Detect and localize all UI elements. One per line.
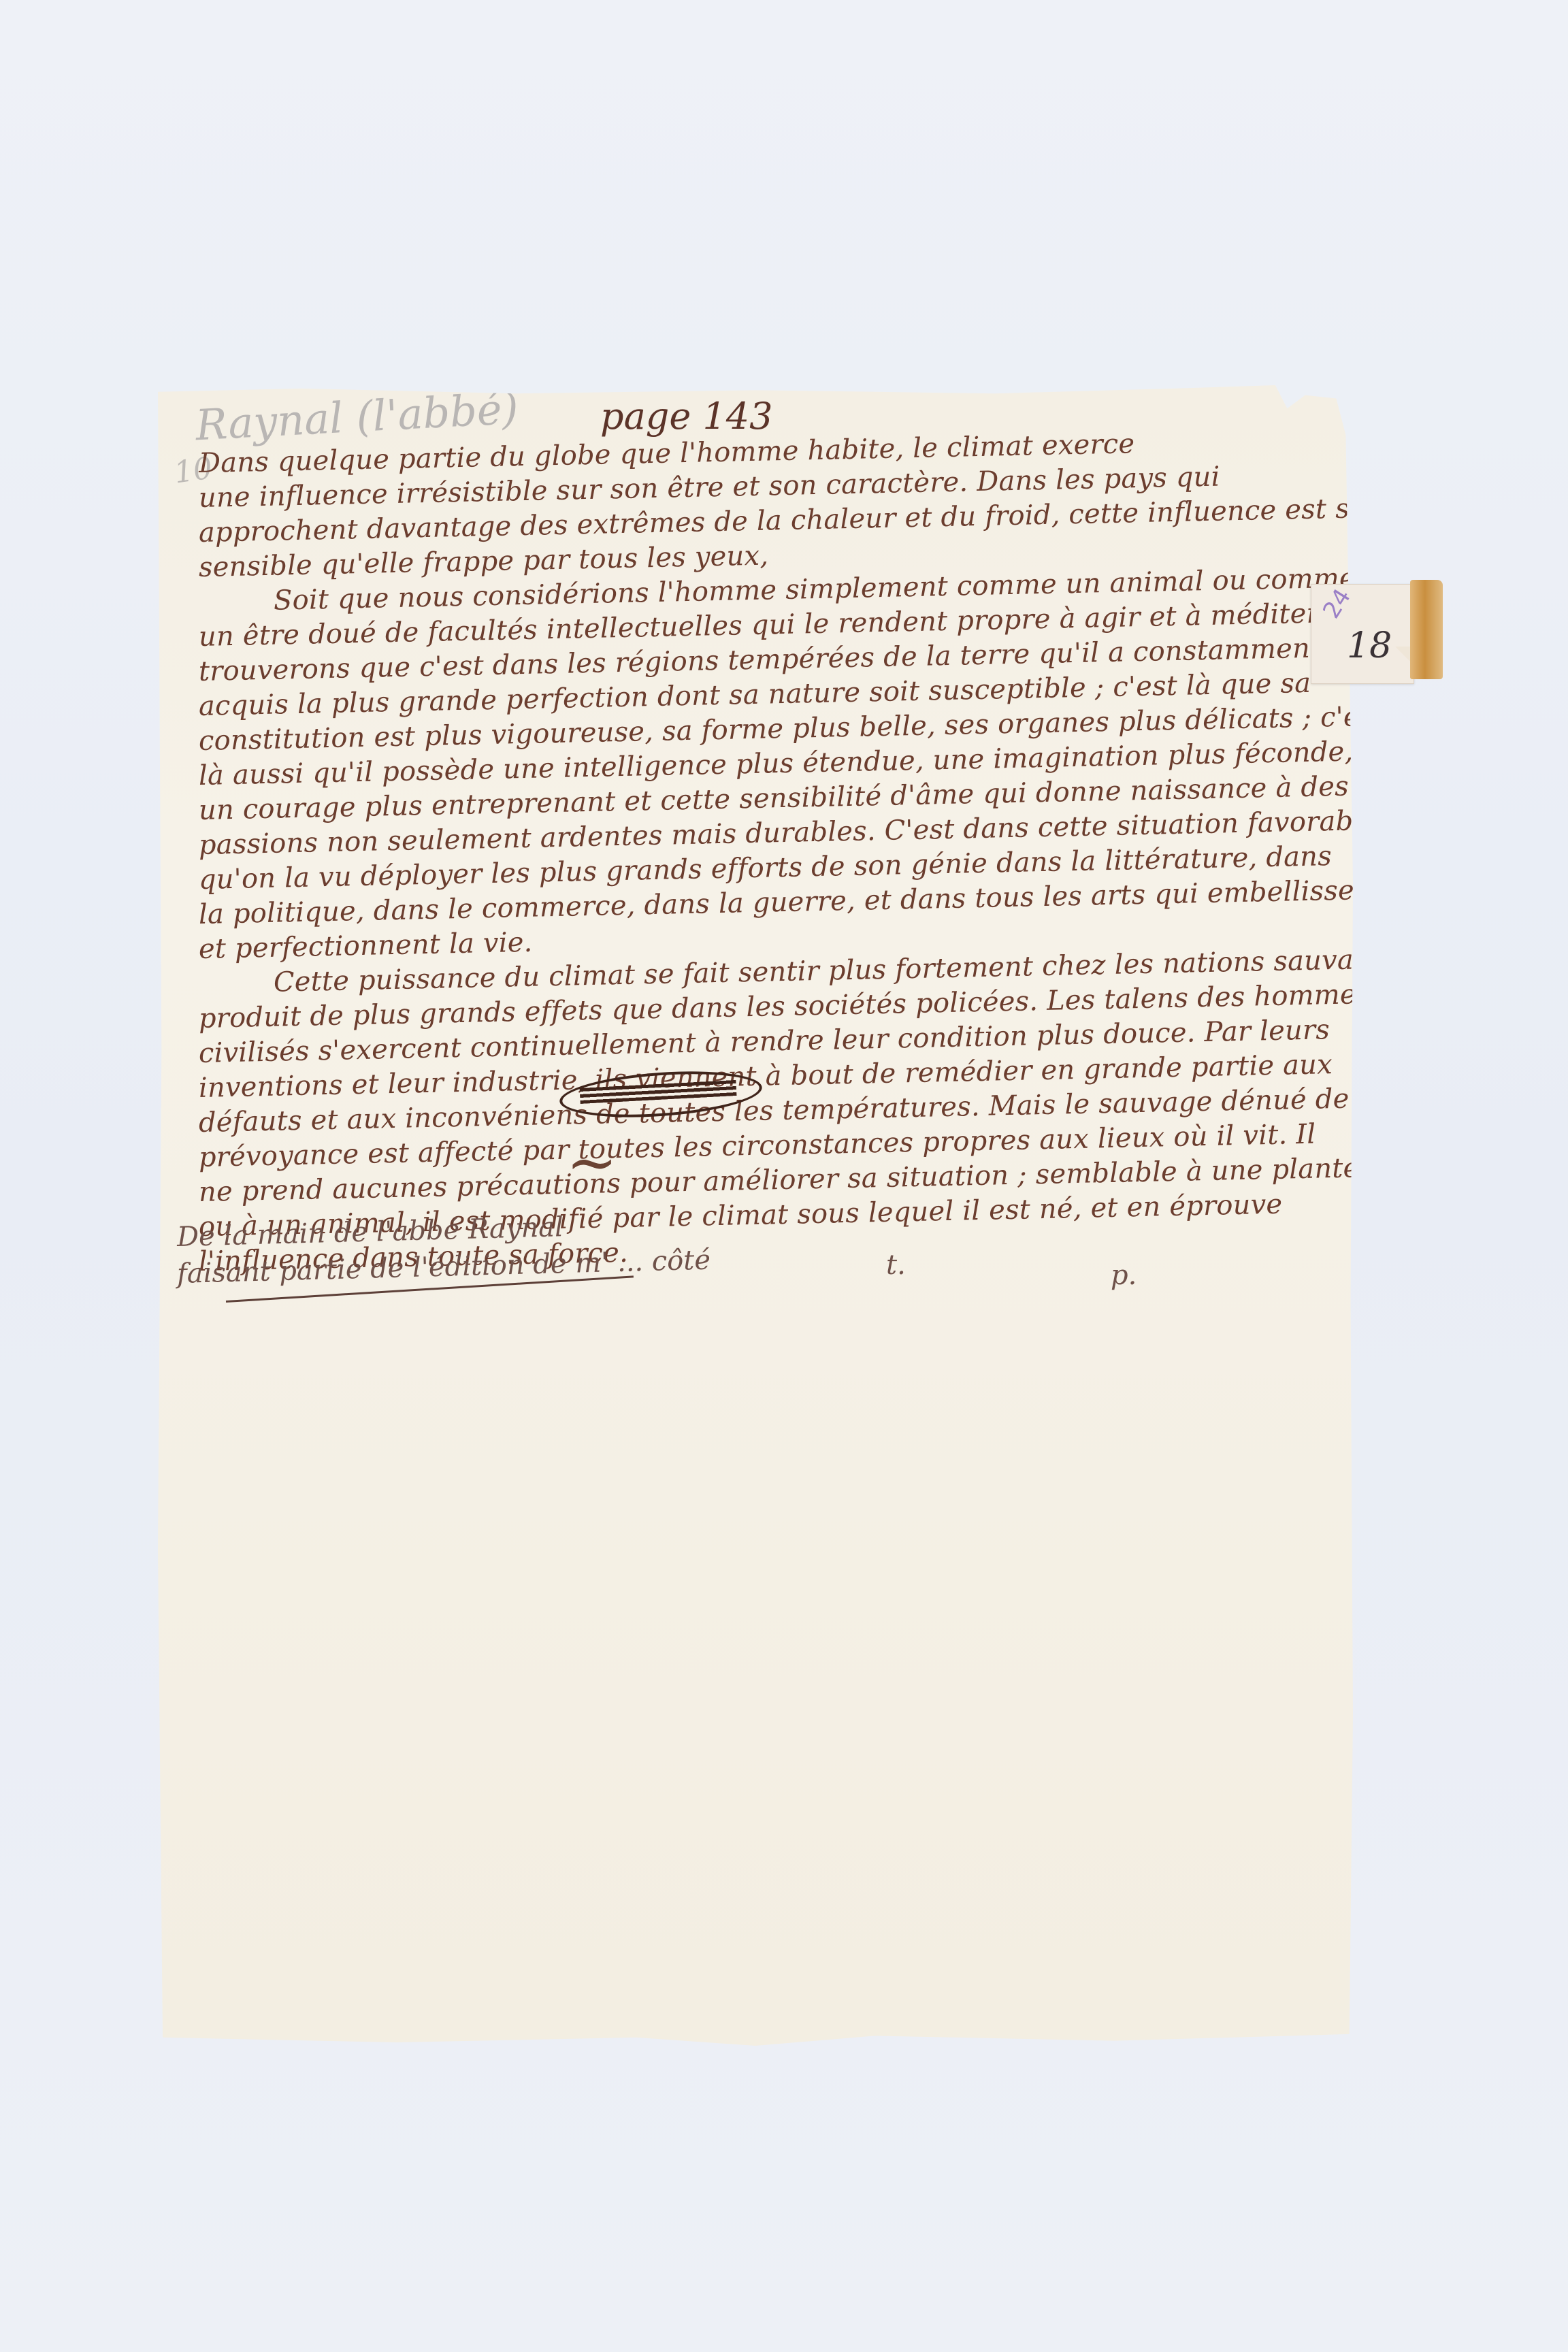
adhesive-tape: [1410, 580, 1443, 679]
closing-flourish-icon: ~: [566, 1127, 617, 1198]
attribution-mark: t.: [886, 1249, 906, 1281]
page-reference: page 143: [600, 395, 773, 438]
label-ink-number: 18: [1347, 625, 1392, 666]
attribution-note: De la main de l'abbé Raynal faisant part…: [177, 1219, 710, 1292]
label-stamp-number: 24: [1318, 584, 1356, 623]
manuscript-page: Raynal (l'abbé) 10 page 143 Dans quelque…: [158, 385, 1353, 2046]
manuscript-body: Dans quelque partie du globe que l'homme…: [199, 446, 1322, 1279]
attribution-mark: p.: [1111, 1260, 1137, 1291]
attached-archive-label: 24 18: [1311, 584, 1414, 684]
